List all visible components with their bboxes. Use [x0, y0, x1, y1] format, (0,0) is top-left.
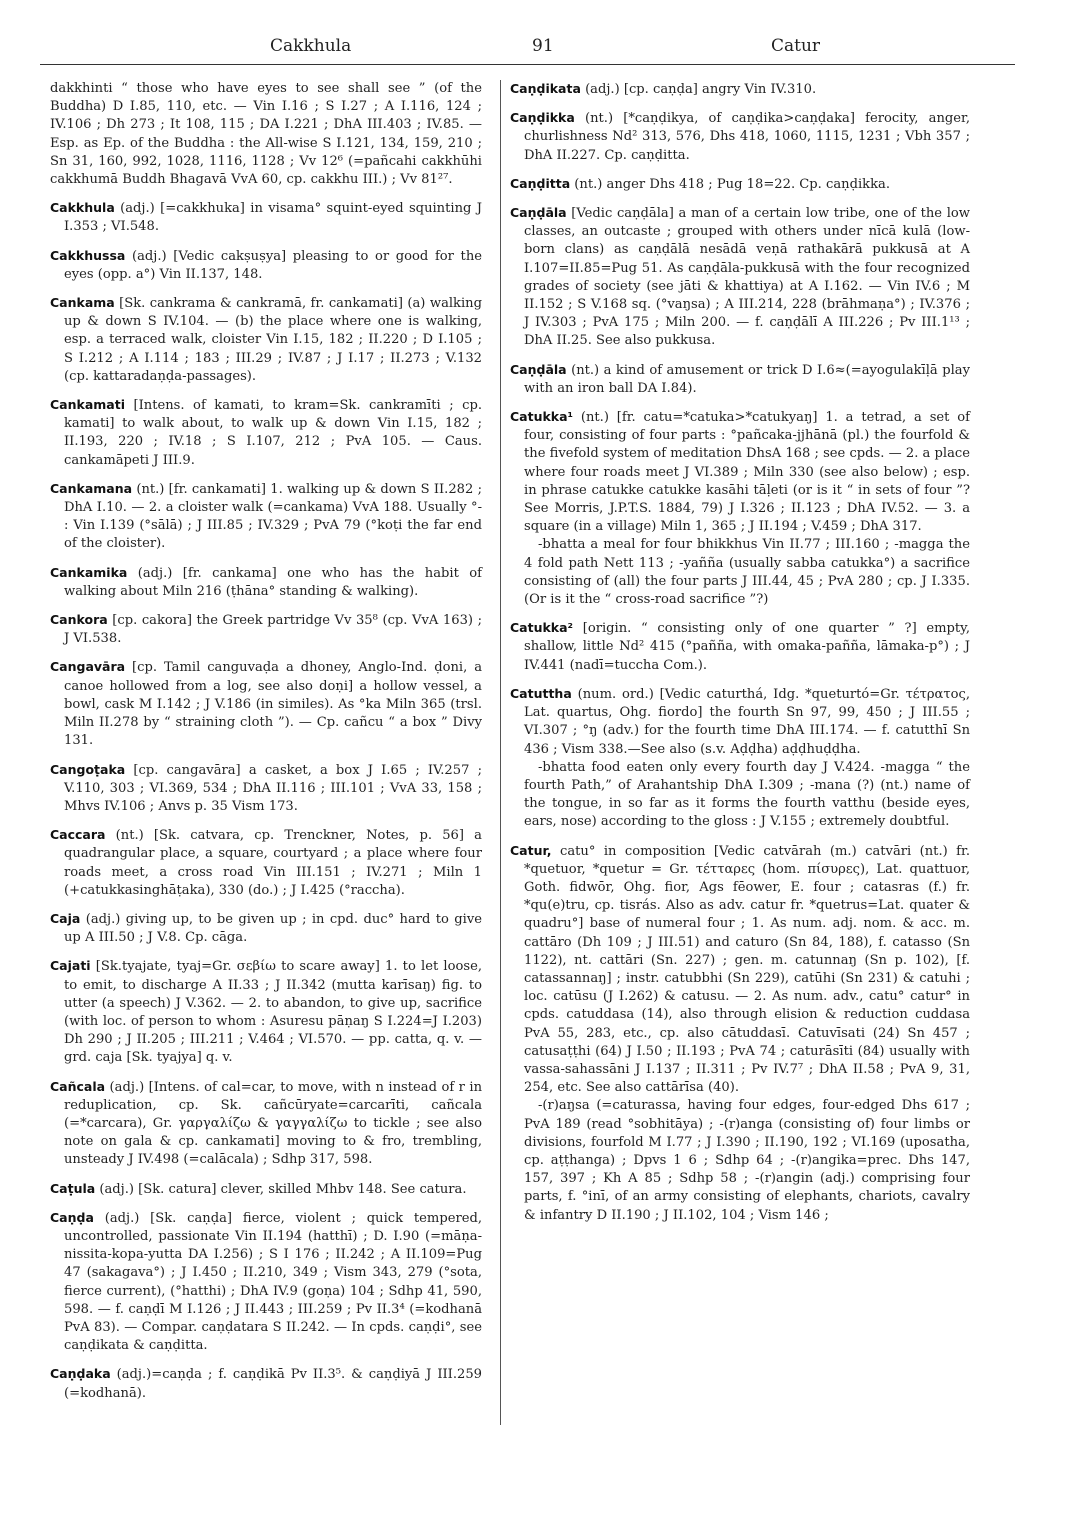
entry-definition: catu° in composition [Vedic catvārah (m.… — [524, 844, 970, 1096]
entry-compounds: -bhatta a meal for four bhikkhus Vin II.… — [524, 536, 970, 609]
dictionary-entry: Caccara (nt.) [Sk. catvara, cp. Trenckne… — [50, 826, 482, 900]
dictionary-entry: Cañcala (adj.) [Intens. of cal=car, to m… — [50, 1078, 482, 1170]
dictionary-entry: Cakkhussa (adj.) [Vedic cakṣuṣya] pleasi… — [50, 247, 482, 284]
right-guide-word: Catur — [771, 36, 820, 56]
dictionary-entry: Caṇḍitta (nt.) anger Dhs 418 ; Pug 18=22… — [510, 175, 970, 194]
entry-headword: Catuttha — [510, 686, 572, 701]
entry-definition: (adj.) [Intens. of cal=car, to move, wit… — [64, 1080, 482, 1168]
entry-definition: (num. ord.) [Vedic caturthá, Idg. *quetu… — [524, 687, 970, 757]
entry-headword: Caṭula — [50, 1181, 95, 1196]
entry-headword: Cajati — [50, 958, 91, 973]
entry-headword: Caja — [50, 911, 80, 926]
entry-headword: Cankora — [50, 612, 108, 627]
dictionary-entry: Cankamati [Intens. of kamati, to kram=Sk… — [50, 396, 482, 470]
dictionary-entry: dakkhinti “ those who have eyes to see s… — [50, 80, 482, 189]
entry-definition: (adj.)=caṇḍa ; f. caṇḍikā Pv II.3⁵. & ca… — [64, 1367, 482, 1400]
entry-definition: (adj.) [Sk. caṇḍa] fierce, violent ; qui… — [64, 1211, 482, 1353]
entry-headword: Caṇḍāla — [510, 362, 567, 377]
entry-definition: [cp. Tamil canguvaḍa a dhoney, Anglo-Ind… — [64, 660, 482, 748]
dictionary-entry: Cangoṭaka [cp. cangavāra] a casket, a bo… — [50, 761, 482, 817]
entry-headword: Caṇḍikata — [510, 81, 581, 96]
entry-headword: Cankamika — [50, 565, 127, 580]
entry-definition: (adj.) giving up, to be given up ; in cp… — [64, 912, 482, 945]
dictionary-entry: Caṇḍikata (adj.) [cp. caṇḍa] angry Vin I… — [510, 80, 970, 99]
dictionary-entry: Cangavāra [cp. Tamil canguvaḍa a dhoney,… — [50, 658, 482, 750]
entry-definition: [cp. cangavāra] a casket, a box J I.65 ;… — [64, 763, 482, 814]
entry-headword: Caṇḍitta — [510, 176, 570, 191]
page-number: 91 — [532, 36, 554, 56]
dictionary-entry: Cajati [Sk.tyajate, tyaj=Gr. σεβίω to sc… — [50, 957, 482, 1067]
entry-headword: Cañcala — [50, 1079, 105, 1094]
left-column: dakkhinti “ those who have eyes to see s… — [50, 80, 482, 1413]
entry-definition: [Sk.tyajate, tyaj=Gr. σεβίω to scare awa… — [64, 959, 482, 1065]
dictionary-entry: Caṇḍa (adj.) [Sk. caṇḍa] fierce, violent… — [50, 1209, 482, 1356]
entry-definition: [Vedic caṇḍāla] a man of a certain low t… — [524, 206, 970, 348]
entry-headword: Cankamati — [50, 397, 125, 412]
header-rule — [40, 64, 1015, 65]
entry-definition: (nt.) a kind of amusement or trick D I.6… — [524, 363, 970, 396]
entry-compounds: -(r)aŋsa (=caturassa, having four edges,… — [524, 1097, 970, 1224]
entry-headword: Cakkhula — [50, 200, 115, 215]
entry-headword: Caṇḍaka — [50, 1366, 111, 1381]
right-column: Caṇḍikata (adj.) [cp. caṇḍa] angry Vin I… — [510, 80, 970, 1235]
left-guide-word: Cakkhula — [270, 36, 351, 56]
entry-headword: Caṇḍa — [50, 1210, 94, 1225]
entry-definition: dakkhinti “ those who have eyes to see s… — [50, 81, 482, 187]
entry-headword: Cakkhussa — [50, 248, 125, 263]
entry-headword: Caṇḍikka — [510, 110, 575, 125]
running-header: Cakkhula 91 Catur — [40, 36, 1015, 66]
dictionary-entry: Cankora [cp. cakora] the Greek partridge… — [50, 611, 482, 648]
dictionary-entry: Cakkhula (adj.) [=cakkhuka] in visama° s… — [50, 199, 482, 236]
entry-definition: [cp. cakora] the Greek partridge Vv 35⁸ … — [64, 613, 482, 646]
entry-headword: Catur, — [510, 843, 552, 858]
entry-definition: (adj.) [fr. cankama] one who has the hab… — [64, 566, 482, 599]
entry-headword: Cankamana — [50, 481, 132, 496]
entry-headword: Cangoṭaka — [50, 762, 125, 777]
entry-definition: (nt.) [*caṇḍikya, of caṇḍika>caṇḍaka] fe… — [524, 111, 970, 162]
entry-definition: (adj.) [cp. caṇḍa] angry Vin IV.310. — [581, 82, 816, 97]
entry-definition: [origin. “ consisting only of one quarte… — [524, 621, 970, 672]
dictionary-entry: Cankamika (adj.) [fr. cankama] one who h… — [50, 564, 482, 601]
entry-definition: (nt.) [fr. catu=*catuka>*catukyaŋ] 1. a … — [524, 410, 970, 534]
entry-compounds: -bhatta food eaten only every fourth day… — [524, 759, 970, 832]
entry-definition: (nt.) [Sk. catvara, cp. Trenckner, Notes… — [64, 828, 482, 898]
dictionary-entry: Catukka² [origin. “ consisting only of o… — [510, 619, 970, 675]
entry-headword: Catukka² — [510, 620, 573, 635]
entry-headword: Cangavāra — [50, 659, 125, 674]
entry-definition: (nt.) anger Dhs 418 ; Pug 18=22. Cp. caṇ… — [570, 177, 890, 192]
entry-definition: (adj.) [Sk. catura] clever, skilled Mhbv… — [95, 1182, 466, 1197]
dictionary-entry: Catur, catu° in composition [Vedic catvā… — [510, 842, 970, 1225]
entry-headword: Caccara — [50, 827, 105, 842]
dictionary-entry: Caṇḍikka (nt.) [*caṇḍikya, of caṇḍika>ca… — [510, 109, 970, 165]
column-divider — [500, 80, 501, 1425]
entry-definition: (adj.) [Vedic cakṣuṣya] pleasing to or g… — [64, 249, 482, 282]
dictionary-entry: Caṭula (adj.) [Sk. catura] clever, skill… — [50, 1180, 482, 1199]
entry-headword: Catukka¹ — [510, 409, 573, 424]
dictionary-entry: Caṇḍāla [Vedic caṇḍāla] a man of a certa… — [510, 204, 970, 351]
dictionary-entry: Catukka¹ (nt.) [fr. catu=*catuka>*catuky… — [510, 408, 970, 609]
entry-headword: Caṇḍāla — [510, 205, 567, 220]
dictionary-entry: Cankamana (nt.) [fr. cankamati] 1. walki… — [50, 480, 482, 554]
dictionary-entry: Caja (adj.) giving up, to be given up ; … — [50, 910, 482, 947]
entry-definition: [Sk. cankrama & cankramā, fr. cankamati]… — [64, 296, 482, 384]
dictionary-entry: Catuttha (num. ord.) [Vedic caturthá, Id… — [510, 685, 970, 832]
entry-definition: [Intens. of kamati, to kram=Sk. cankramī… — [64, 398, 482, 468]
dictionary-entry: Caṇḍāla (nt.) a kind of amusement or tri… — [510, 361, 970, 398]
dictionary-entry: Cankama [Sk. cankrama & cankramā, fr. ca… — [50, 294, 482, 386]
entry-headword: Cankama — [50, 295, 115, 310]
entry-definition: (adj.) [=cakkhuka] in visama° squint-eye… — [64, 201, 482, 234]
dictionary-entry: Caṇḍaka (adj.)=caṇḍa ; f. caṇḍikā Pv II.… — [50, 1365, 482, 1402]
